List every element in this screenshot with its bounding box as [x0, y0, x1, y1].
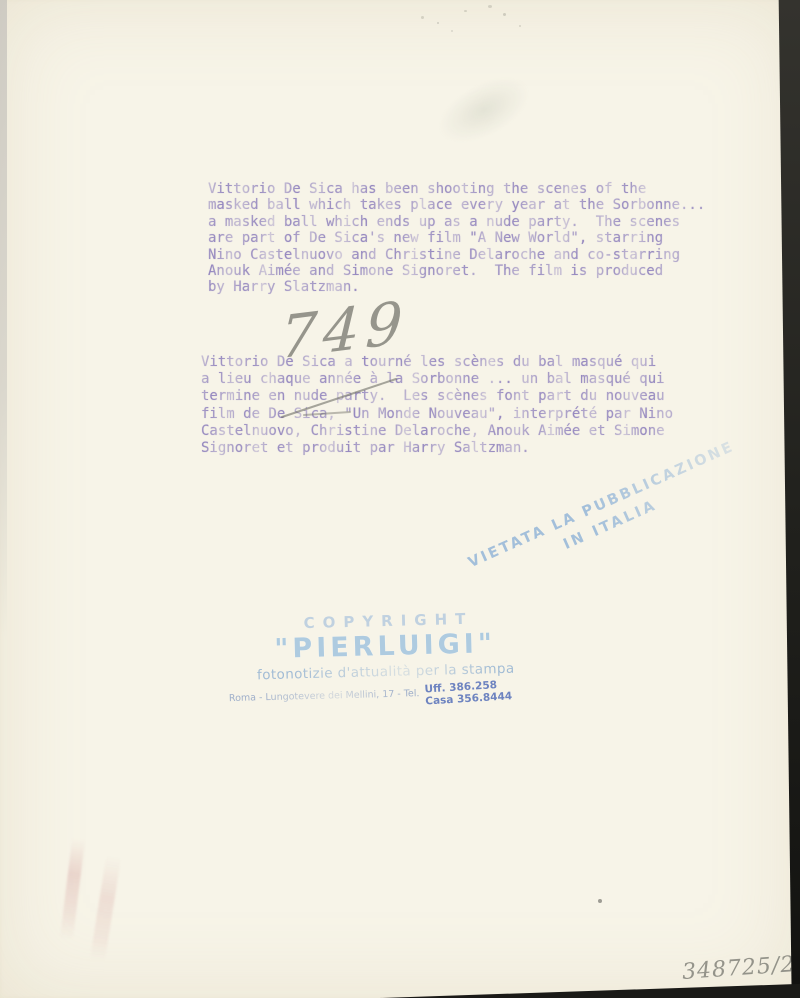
caption-line: Castelnuovo, Christine Delaroche, Anouk … [201, 423, 673, 440]
pink-smudge-streak [60, 838, 85, 941]
caption-line: by Harry Slatzman. [208, 279, 705, 295]
caption-line: are part of De Sica's new film "A New Wo… [208, 230, 705, 246]
caption-line: Anouk Aimée and Simone Signoret. The fil… [208, 263, 705, 279]
ink-speck [437, 22, 439, 24]
caption-line: a lieu chaque année à la Sorbonne ... un… [201, 371, 673, 388]
ink-speck [451, 30, 453, 32]
photo-verso-paper: Vittorio De Sica has been shooting the s… [0, 0, 800, 998]
background-edge-left [0, 0, 7, 640]
french-caption: Vittorio De Sica a tourné les scènes du … [201, 354, 673, 457]
agency-address: Roma - Lungotevere dei Mellini, 17 - Tel… [229, 682, 420, 704]
pink-smudge-streak [90, 855, 121, 961]
ink-speck [488, 5, 492, 8]
ink-speck [519, 25, 521, 27]
caption-line: a masked ball which ends up as a nude pa… [208, 214, 705, 230]
ban-stamp-line2: IN ITALIA [470, 457, 751, 594]
ink-speck [598, 899, 602, 903]
caption-line: Vittorio De Sica has been shooting the s… [208, 181, 705, 197]
caption-line: Vittorio De Sica a tourné les scènes du … [201, 354, 673, 371]
ink-speck [464, 10, 467, 12]
ink-speck [503, 13, 506, 16]
copyright-stamp: COPYRIGHT "PIERLUIGI" fotonotizie d'attu… [227, 608, 544, 711]
caption-line: Nino Castelnuovo and Christine Delaroche… [208, 247, 705, 263]
ghost-stamp-smudge [428, 64, 541, 157]
caption-line: Signoret et produit par Harry Saltzman. [201, 440, 673, 457]
caption-line: masked ball which takes place every year… [208, 197, 705, 213]
publication-ban-stamp: VIETATA LA PUBBLICAZIONE IN ITALIA [461, 437, 751, 594]
caption-line: termine en nude party. Les scènes font p… [201, 388, 673, 405]
caption-line: film de De Sica, "Un Monde Nouveau", int… [201, 406, 673, 423]
english-caption: Vittorio De Sica has been shooting the s… [208, 181, 705, 296]
ink-speck [421, 16, 424, 19]
archive-number-handwritten: 348725/2 [681, 952, 796, 985]
agency-phones: Uff. 386.258 Casa 356.8444 [424, 678, 512, 707]
